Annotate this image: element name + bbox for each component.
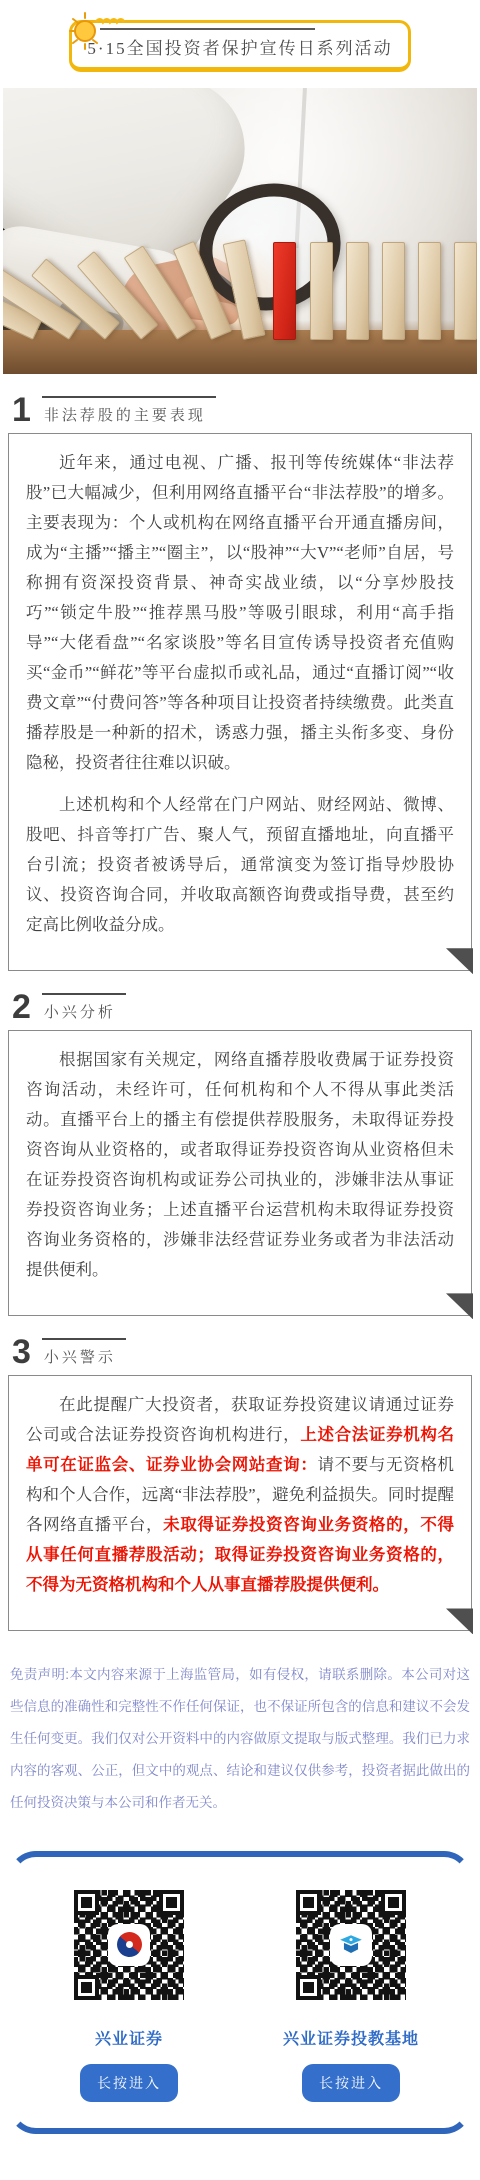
standing-domino	[310, 242, 333, 340]
hero-photo	[3, 88, 477, 374]
section-number: 2	[12, 993, 31, 1022]
paragraph: 根据国家有关规定，网络直播荐股收费属于证券投资咨询活动，未经许可，任何机构和个人…	[26, 1045, 454, 1285]
article-page: 5·15全国投资者保护宣传日系列活动	[0, 0, 480, 2180]
qr-finder-icon	[296, 1975, 321, 2000]
qr-card-label: 兴业证券	[95, 2026, 163, 2049]
paragraph: 上述机构和个人经常在门户网站、财经网站、微博、股吧、抖音等打广告、聚人气，预留直…	[26, 790, 454, 940]
sun-icon	[68, 9, 138, 53]
paragraph: 在此提醒广大投资者，获取证券投资建议请通过证券公司或合法证券投资咨询机构进行，上…	[26, 1390, 454, 1600]
section-title: 小兴分析	[42, 993, 126, 1022]
footer-qr-panel: 兴业证券 长按进入 兴业证券投教基地 长按进入	[8, 1851, 472, 2134]
qr-card-securities: 兴业证券 长按进入	[34, 1881, 224, 2102]
section-number: 3	[12, 1338, 31, 1367]
folded-corner-icon	[446, 1608, 473, 1634]
qr-finder-icon	[159, 1890, 184, 1915]
title-banner: 5·15全国投资者保护宣传日系列活动	[69, 20, 411, 72]
qr-card-investor-education: 兴业证券投教基地 长按进入	[256, 1881, 446, 2102]
section-number: 1	[12, 396, 31, 425]
section-3-box: 在此提醒广大投资者，获取证券投资建议请通过证券公司或合法证券投资咨询机构进行，上…	[8, 1375, 472, 1631]
xyzq-logo-icon	[111, 1927, 147, 1963]
long-press-enter-button[interactable]: 长按进入	[80, 2064, 178, 2102]
qr-code-securities[interactable]	[65, 1881, 193, 2009]
section-title: 非法荐股的主要表现	[42, 396, 216, 425]
qr-finder-icon	[296, 1890, 321, 1915]
section-1-heading: 1 非法荐股的主要表现	[12, 396, 468, 425]
qr-code-investor-education[interactable]	[287, 1881, 415, 2009]
folded-corner-icon	[446, 948, 473, 974]
section-title: 小兴警示	[42, 1338, 126, 1367]
red-domino	[273, 242, 296, 340]
qr-finder-icon	[74, 1975, 99, 2000]
investor-education-base-logo-icon	[333, 1927, 369, 1963]
section-3-heading: 3 小兴警示	[12, 1338, 468, 1367]
standing-domino	[346, 242, 369, 340]
qr-finder-icon	[74, 1890, 99, 1915]
qr-finder-icon	[381, 1890, 406, 1915]
banner-section: 5·15全国投资者保护宣传日系列活动	[0, 0, 480, 72]
disclaimer-text: 免责声明:本文内容来源于上海监管局，如有侵权，请联系删除。本公司对这些信息的准确…	[10, 1659, 470, 1818]
folded-corner-icon	[446, 1293, 473, 1319]
wooden-floor	[3, 330, 477, 374]
section-2-heading: 2 小兴分析	[12, 993, 468, 1022]
standing-domino	[454, 242, 477, 340]
standing-domino	[418, 242, 441, 340]
qr-card-label: 兴业证券投教基地	[283, 2026, 419, 2049]
paragraph: 近年来，通过电视、广播、报刊等传统媒体“非法荐股”已大幅减少，但利用网络直播平台…	[26, 448, 454, 778]
standing-domino	[382, 242, 405, 340]
section-1-box: 近年来，通过电视、广播、报刊等传统媒体“非法荐股”已大幅减少，但利用网络直播平台…	[8, 433, 472, 971]
section-2-box: 根据国家有关规定，网络直播荐股收费属于证券投资咨询活动，未经许可，任何机构和个人…	[8, 1030, 472, 1316]
long-press-enter-button[interactable]: 长按进入	[302, 2064, 400, 2102]
